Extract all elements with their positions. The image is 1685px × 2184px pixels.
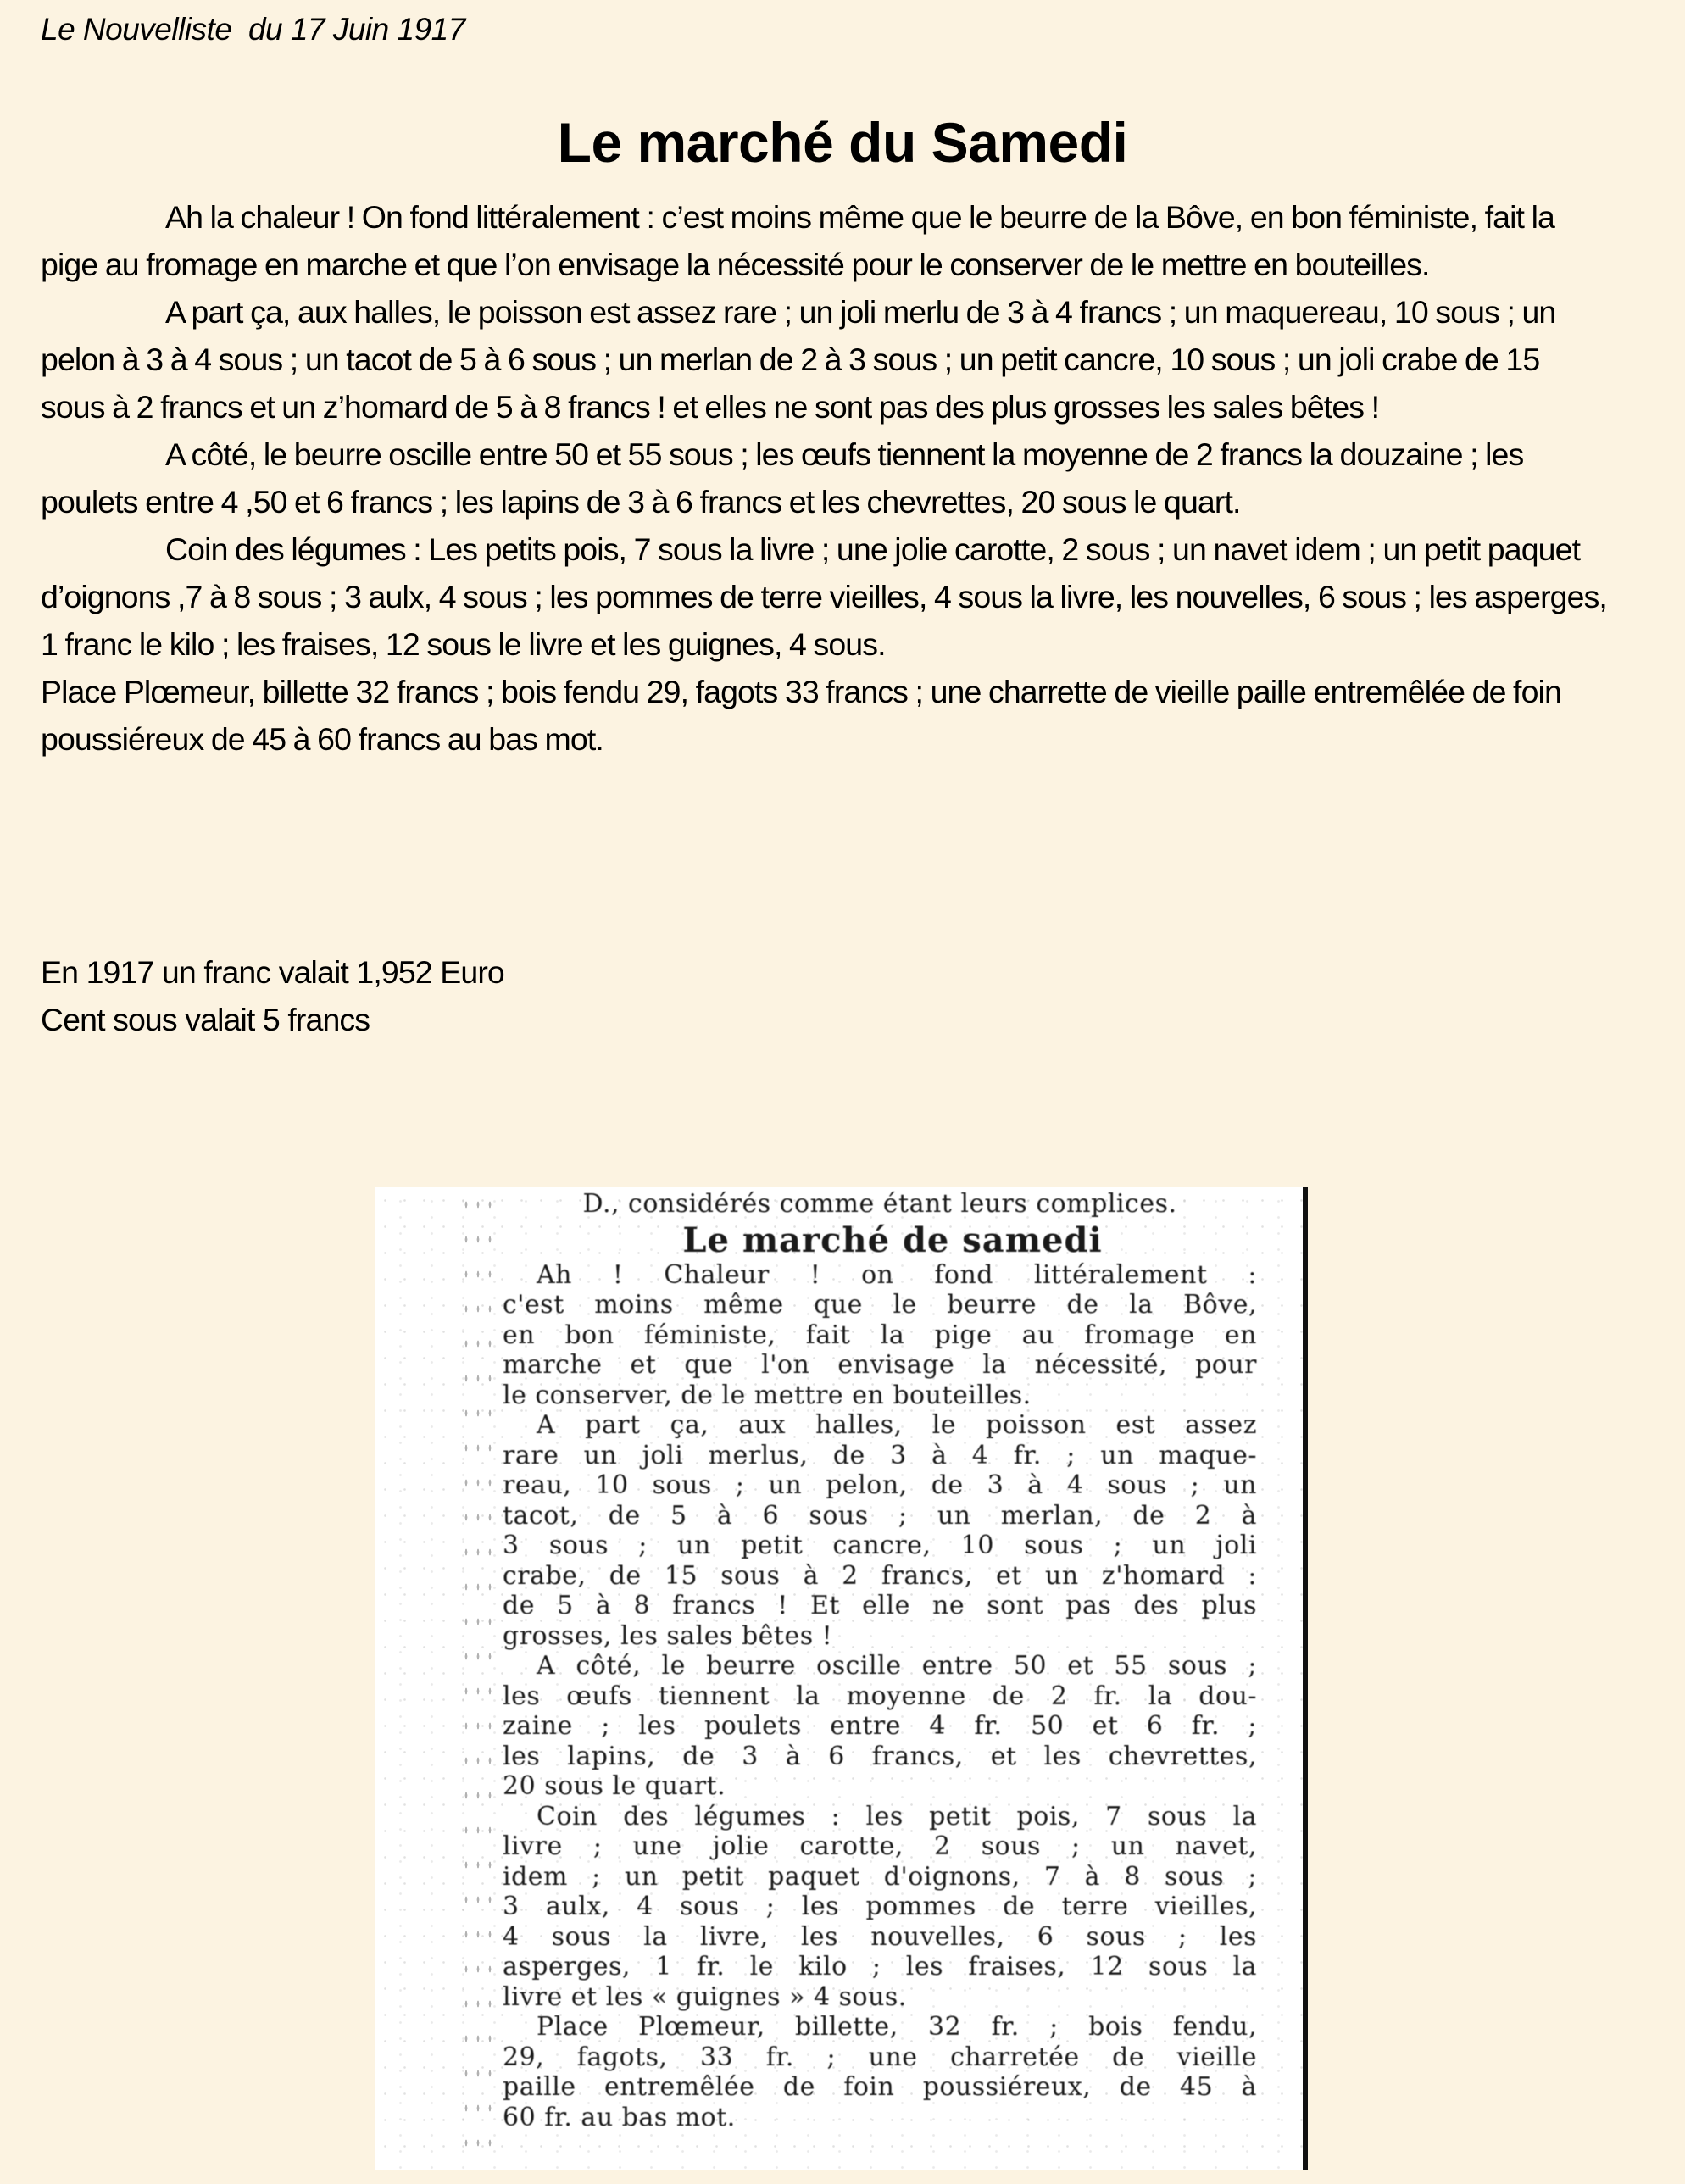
newspaper-clipping-image: D., considérés comme étant leurs complic… <box>375 1187 1308 2170</box>
currency-notes: En 1917 un franc valait 1,952 Euro Cent … <box>41 948 504 1043</box>
note-franc-euro: En 1917 un franc valait 1,952 Euro <box>41 948 504 996</box>
article-body: Ah la chaleur ! On fond littéralement : … <box>41 193 1609 763</box>
clipping-line: c'est moins même que le beurre de la Bôv… <box>503 1290 1257 1320</box>
clipping-line: le conserver, de le mettre en bouteilles… <box>503 1381 1257 1411</box>
clipping-line: les œufs tiennent la moyenne de 2 fr. la… <box>503 1681 1257 1712</box>
clipping-line: Ah ! Chaleur ! on fond littéralement : <box>503 1260 1257 1291</box>
clipping-line: de 5 à 8 francs ! Et elle ne sont pas de… <box>503 1591 1257 1621</box>
clipping-line: 29, fagots, 33 fr. ; une charretée de vi… <box>503 2042 1257 2073</box>
clipping-line: rare un joli merlus, de 3 à 4 fr. ; un m… <box>503 1441 1257 1471</box>
clipping-line: 3 aulx, 4 sous ; les pommes de terre vie… <box>503 1892 1257 1922</box>
article-title: Le marché du Samedi <box>0 110 1685 175</box>
paragraph-butter-eggs: A côté, le beurre oscille entre 50 et 55… <box>41 431 1609 525</box>
clipping-line: grosses, les sales bêtes ! <box>503 1621 1257 1652</box>
clipping-line: marche et que l'on envisage la nécessité… <box>503 1350 1257 1381</box>
column-rule <box>1303 1187 1308 2170</box>
clipping-line: crabe, de 15 sous à 2 francs, et un z'ho… <box>503 1561 1257 1592</box>
clipping-line: 60 fr. au bas mot. <box>503 2103 1257 2133</box>
clipping-text: D., considérés comme étant leurs complic… <box>503 1187 1257 2132</box>
paragraph-vegetables: Coin des légumes : Les petits pois, 7 so… <box>41 525 1609 668</box>
paragraph-place-ploemeur: Place Plœmeur, billette 32 francs ; bois… <box>41 668 1609 763</box>
clipping-line: en bon féministe, fait la pige au fromag… <box>503 1320 1257 1351</box>
note-sous-francs: Cent sous valait 5 francs <box>41 996 504 1043</box>
clipping-line: tacot, de 5 à 6 sous ; un merlan, de 2 à <box>503 1501 1257 1531</box>
clipping-line: reau, 10 sous ; un pelon, de 3 à 4 sous … <box>503 1470 1257 1501</box>
clipping-line: les lapins, de 3 à 6 francs, et les chev… <box>503 1742 1257 1772</box>
paragraph-heat: Ah la chaleur ! On fond littéralement : … <box>41 193 1609 288</box>
clipping-line: A côté, le beurre oscille entre 50 et 55… <box>503 1651 1257 1681</box>
clipping-line: paille entremêlée de foin poussiéreux, d… <box>503 2072 1257 2103</box>
paragraph-fish: A part ça, aux halles, le poisson est as… <box>41 288 1609 431</box>
clipping-line: livre et les « guignes » 4 sous. <box>503 1982 1257 2013</box>
clipping-line: Place Plœmeur, billette, 32 fr. ; bois f… <box>503 2012 1257 2042</box>
clipping-heading: Le marché de samedi <box>503 1221 1257 1260</box>
clipping-line: asperges, 1 fr. le kilo ; les fraises, 1… <box>503 1952 1257 1982</box>
clipping-margin-specks <box>460 1187 494 2170</box>
clipping-line: Coin des légumes : les petit pois, 7 sou… <box>503 1802 1257 1832</box>
clipping-line: idem ; un petit paquet d'oignons, 7 à 8 … <box>503 1862 1257 1892</box>
clipping-line: 20 sous le quart. <box>503 1771 1257 1802</box>
newspaper-source-date: Le Nouvelliste du 17 Juin 1917 <box>41 12 465 47</box>
clipping-top-line: D., considérés comme étant leurs complic… <box>503 1187 1257 1220</box>
clipping-line: A part ça, aux halles, le poisson est as… <box>503 1410 1257 1441</box>
clipping-line: zaine ; les poulets entre 4 fr. 50 et 6 … <box>503 1711 1257 1742</box>
clipping-line: livre ; une jolie carotte, 2 sous ; un n… <box>503 1831 1257 1862</box>
clipping-line: 4 sous la livre, les nouvelles, 6 sous ;… <box>503 1922 1257 1953</box>
clipping-line: 3 sous ; un petit cancre, 10 sous ; un j… <box>503 1531 1257 1561</box>
